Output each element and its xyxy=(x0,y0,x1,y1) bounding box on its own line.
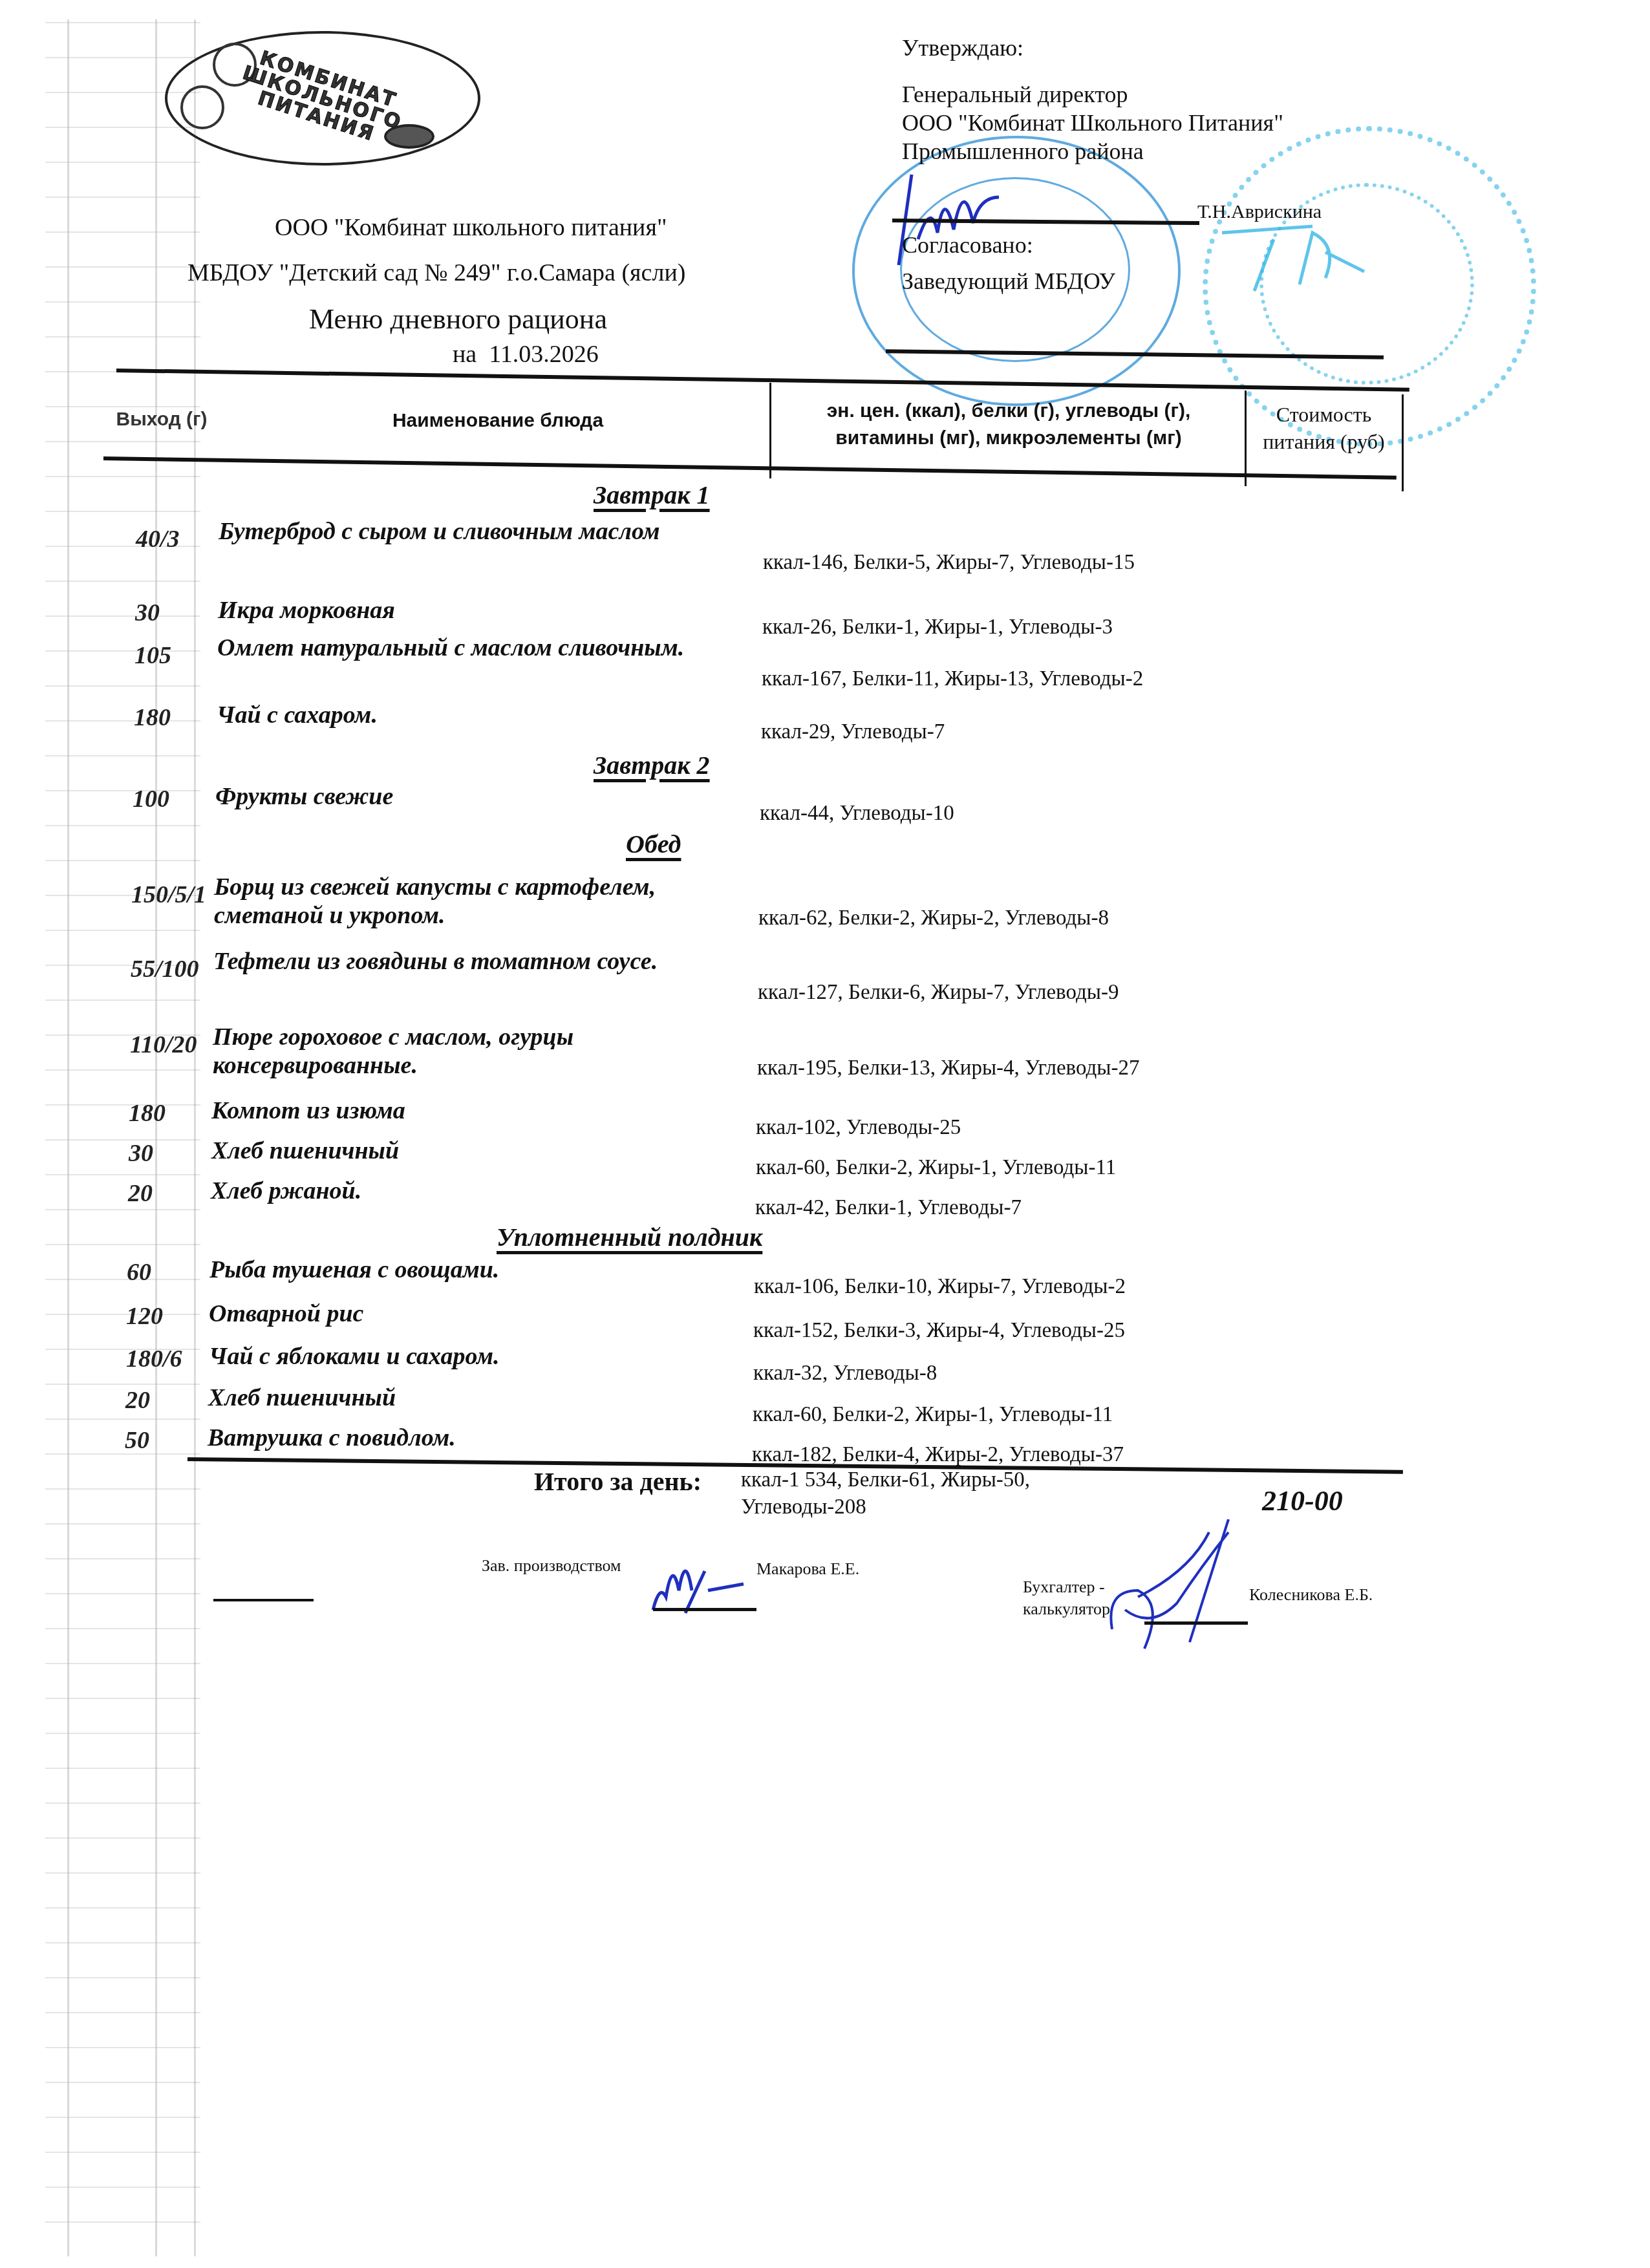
dish-name: Чай с сахаром. xyxy=(217,701,708,729)
head-signature xyxy=(1216,213,1384,304)
menu-title: Меню дневного рациона xyxy=(309,303,607,336)
dish-nutrition: ккал-167, Белки-11, Жиры-13, Углеводы-2 xyxy=(762,667,1143,691)
dish-name: Бутерброд с сыром и сливочным маслом xyxy=(219,517,710,546)
dish-nutrition: ккал-102, Углеводы-25 xyxy=(756,1116,961,1140)
production-manager-signature xyxy=(647,1552,763,1616)
accountant-signature xyxy=(1099,1513,1254,1662)
agreed-position: Заведующий МБДОУ xyxy=(902,267,1115,295)
dish-weight: 150/5/1 xyxy=(131,881,206,909)
dish-nutrition: ккал-62, Белки-2, Жиры-2, Углеводы-8 xyxy=(758,906,1109,930)
dish-name: Икра морковная xyxy=(218,596,709,625)
production-manager-name: Макарова Е.Е. xyxy=(756,1558,859,1580)
dish-weight: 100 xyxy=(133,785,169,813)
approve-label: Утверждаю: xyxy=(902,34,1023,62)
column-separator xyxy=(1245,390,1247,486)
dish-weight: 20 xyxy=(125,1386,150,1415)
dish-weight: 180 xyxy=(134,703,171,732)
dish-nutrition: ккал-26, Белки-1, Жиры-1, Углеводы-3 xyxy=(762,615,1113,639)
child-face-icon xyxy=(180,85,224,129)
approver-position: Генеральный директор xyxy=(902,80,1128,109)
accountant-signature-line xyxy=(1144,1621,1248,1625)
section-heading: Завтрак 2 xyxy=(594,750,710,780)
dish-name: Отварной рис xyxy=(209,1300,700,1328)
stray-line xyxy=(213,1599,314,1601)
dish-name: Омлет натуральный с маслом сливочным. xyxy=(217,634,709,662)
section-heading: Обед xyxy=(626,829,681,859)
dish-nutrition: ккал-29, Углеводы-7 xyxy=(761,720,945,744)
agreed-label: Согласовано: xyxy=(902,231,1033,259)
dish-name: Чай с яблоками и сахаром. xyxy=(209,1342,700,1371)
scan-bleed-through-line xyxy=(187,19,213,2256)
date-value: 11.03.2026 xyxy=(489,341,599,368)
bowl-icon xyxy=(384,124,434,149)
dish-name: Борщ из свежей капусты с картофелем, сме… xyxy=(214,873,705,930)
dish-weight: 55/100 xyxy=(131,955,199,983)
dish-nutrition: ккал-44, Углеводы-10 xyxy=(760,802,954,826)
dish-name: Ватрушка с повидлом. xyxy=(208,1424,699,1452)
dish-name: Компот из изюма xyxy=(211,1097,703,1125)
dish-nutrition: ккал-195, Белки-13, Жиры-4, Углеводы-27 xyxy=(757,1056,1139,1080)
dish-nutrition: ккал-152, Белки-3, Жиры-4, Углеводы-25 xyxy=(753,1319,1125,1343)
dish-nutrition: ккал-127, Белки-6, Жиры-7, Углеводы-9 xyxy=(758,981,1119,1005)
dish-weight: 180/6 xyxy=(126,1345,182,1373)
production-manager-label: Зав. производством xyxy=(482,1555,621,1577)
column-header-weight: Выход (г) xyxy=(97,406,226,433)
institution-title: МБДОУ "Детский сад № 249" г.о.Самара (яс… xyxy=(187,259,685,287)
dish-weight: 180 xyxy=(129,1099,166,1128)
dish-name: Хлеб пшеничный xyxy=(208,1384,700,1412)
dish-nutrition: ккал-60, Белки-2, Жиры-1, Углеводы-11 xyxy=(753,1403,1113,1427)
org-title: ООО "Комбинат школьного питания" xyxy=(275,213,667,242)
company-logo: Комбинат школьного питания xyxy=(165,31,480,166)
total-label: Итого за день: xyxy=(534,1466,702,1497)
date-prefix: на xyxy=(453,341,477,368)
dish-name: Рыба тушеная с овощами. xyxy=(209,1256,701,1284)
dish-name: Хлеб ржаной. xyxy=(211,1177,702,1205)
dish-weight: 110/20 xyxy=(130,1031,197,1059)
column-header-dish: Наименование блюда xyxy=(233,407,763,434)
dish-weight: 60 xyxy=(127,1258,151,1287)
dish-weight: 50 xyxy=(125,1426,149,1455)
approver-org: ООО "Комбинат Школьного Питания" xyxy=(902,109,1283,137)
section-heading: Завтрак 1 xyxy=(594,480,710,510)
dish-nutrition: ккал-106, Белки-10, Жиры-7, Углеводы-2 xyxy=(754,1275,1126,1299)
dish-weight: 120 xyxy=(126,1302,163,1331)
column-header-cost: Стоимость питания (руб) xyxy=(1248,401,1400,455)
column-separator xyxy=(1402,394,1404,491)
dish-nutrition: ккал-42, Белки-1, Углеводы-7 xyxy=(755,1196,1022,1220)
dish-name: Хлеб пшеничный xyxy=(211,1137,703,1165)
dish-weight: 40/3 xyxy=(136,525,180,553)
total-nutrition: ккал-1 534, Белки-61, Жиры-50, Углеводы-… xyxy=(741,1466,1103,1521)
dish-weight: 30 xyxy=(135,599,160,627)
total-cost: 210-00 xyxy=(1262,1484,1343,1517)
dish-weight: 30 xyxy=(129,1139,153,1168)
dish-weight: 20 xyxy=(128,1179,153,1208)
menu-date: на 11.03.2026 xyxy=(453,340,599,369)
dish-name: Фрукты свежие xyxy=(215,782,707,811)
dish-nutrition: ккал-32, Углеводы-8 xyxy=(753,1362,937,1385)
dish-name: Тефтели из говядины в томатном соусе. xyxy=(213,947,705,976)
column-separator xyxy=(769,383,771,478)
section-heading: Уплотненный полдник xyxy=(497,1222,762,1252)
table-header-top-border xyxy=(116,369,1409,392)
accountant-name: Колесникова Е.Б. xyxy=(1249,1584,1373,1606)
column-header-nutrition: эн. цен. (ккал), белки (г), углеводы (г)… xyxy=(776,398,1241,452)
table-header-bottom-border xyxy=(103,456,1397,480)
scan-bleed-through xyxy=(45,19,200,2256)
production-signature-line xyxy=(653,1608,756,1611)
dish-weight: 105 xyxy=(134,641,171,670)
dish-nutrition: ккал-60, Белки-2, Жиры-1, Углеводы-11 xyxy=(756,1156,1116,1180)
dish-nutrition: ккал-146, Белки-5, Жиры-7, Углеводы-15 xyxy=(763,551,1135,575)
dish-name: Пюре гороховое с маслом, огурцы консерви… xyxy=(213,1023,704,1080)
